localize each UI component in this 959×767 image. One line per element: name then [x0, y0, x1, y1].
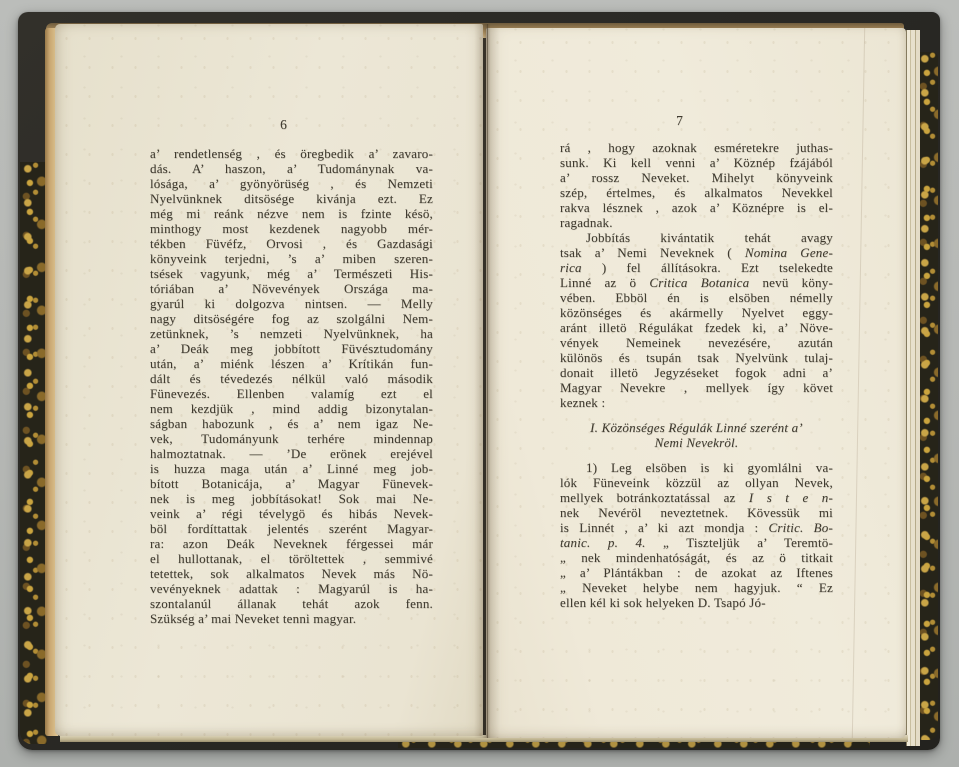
left-page-number: 6: [143, 117, 425, 133]
marbled-cover-right-edge: [917, 52, 938, 740]
text-line: Nemi Nevekröl.: [560, 435, 833, 450]
text-line: [560, 450, 833, 460]
text-line: szép, értelmes, és alkalmatos Nevekkel: [560, 185, 833, 200]
scan-background: 6 a’ rendetlenség , és öregbedik a’ zava…: [0, 0, 959, 767]
text-line: ragadnak.: [560, 215, 833, 230]
text-line: ságban habozunk , és a’ nem igaz Ne-: [150, 416, 433, 431]
text-line: dás. A’ haszon, a’ Tudománynak va-: [150, 161, 433, 176]
text-line: aránt illetö Régulákat fzedek ki, a’ Növ…: [560, 320, 833, 335]
text-line: halmoztatnak. — ’De erönek erejével: [150, 446, 433, 461]
text-line: lósága, a’ gyönyörüség , és Nemzeti: [150, 176, 433, 191]
text-line: ellen kél ki sok helyeken D. Tsapó Jó-: [560, 595, 833, 610]
text-line: után, a’ miénk lészen a’ Krítikán fun-: [150, 356, 433, 371]
text-line: Fünevezés. Ellenben valamíg ezt el: [150, 386, 433, 401]
right-page: 7 rá , hogy azoknak esméretekre juthas-s…: [486, 28, 906, 738]
text-line: is Linnét , a’ ki azt mondja : Critic. B…: [560, 520, 833, 535]
text-line: rica ) fel állításokra. Ezt tselekedte: [560, 260, 833, 275]
text-line: Nyelvünknek ditsösége kivánja ezt. Ez: [150, 191, 433, 206]
text-line: böl fordíttattak jelentés szerént Magyar…: [150, 521, 433, 536]
text-line: Jobbítás kivántatik tehát avagy: [560, 230, 833, 245]
right-page-number: 7: [544, 113, 816, 129]
text-line: rá , hogy azoknak esméretekre juthas-: [560, 140, 833, 155]
text-line: 1) Leg elsöben is ki gyomlálni va-: [560, 460, 833, 475]
text-line: nek Nevéröl neveztetnek. Kövessük mi: [560, 505, 833, 520]
text-line: a’ rendetlenség , és öregbedik a’ zavaro…: [150, 146, 433, 161]
text-line: „ a’ Plántákban : de azokat az Iftenes: [560, 565, 833, 580]
text-line: [560, 410, 833, 420]
page-block-right-edge: [906, 30, 920, 746]
text-line: minthogy most kezdenek nagyobb mér-: [150, 221, 433, 236]
text-line: bított Botanicája, a’ Magyar Fünevek-: [150, 476, 433, 491]
text-line: el hullottanak, el töröltettek , semmivé: [150, 551, 433, 566]
text-line: sunk. Ki kell venni a’ Köznép fzájából: [560, 155, 833, 170]
text-line: veink a’ régi tévelygö és hibás Nevek-: [150, 506, 433, 521]
left-page-text: a’ rendetlenség , és öregbedik a’ zavaro…: [150, 146, 433, 626]
text-line: tóriában a’ Növevények Országa ma-: [150, 281, 433, 296]
text-line: keznek :: [560, 395, 833, 410]
text-line: dált és tévedezés nélkül való második: [150, 371, 433, 386]
text-line: tanic. p. 4. „ Tiszteljük a’ Teremtö-: [560, 535, 833, 550]
text-line: a’ Deák meg jobbított Füvésztudomány: [150, 341, 433, 356]
text-line: Szükség a’ mai Neveket tenni magyar.: [150, 611, 433, 626]
gutter-shadow: [474, 24, 500, 738]
text-line: vében. Ebböl én is elsöben némelly: [560, 290, 833, 305]
text-line: vek, Tudományunk terhére mindennap: [150, 431, 433, 446]
marbled-cover-left-edge: [20, 162, 47, 744]
text-line: nem kezdjük , mind addig bizonytalan-: [150, 401, 433, 416]
text-line: is huzza maga után a’ Linné meg job-: [150, 461, 433, 476]
text-line: ra: azon Deák Neveknek férgessei már: [150, 536, 433, 551]
left-page: 6 a’ rendetlenség , és öregbedik a’ zava…: [55, 24, 483, 736]
text-line: tetettek, sok alkalmatos Nevek más Nö-: [150, 566, 433, 581]
right-page-text: rá , hogy azoknak esméretekre juthas-sun…: [560, 140, 833, 610]
text-line: nagy ditsöségére fog az szolgálni Nem-: [150, 311, 433, 326]
text-line: nek is meg jobbításokat! Sok mai Ne-: [150, 491, 433, 506]
text-line: Magyar Nevekre , mellyek így követ: [560, 380, 833, 395]
text-line: tsak a’ Nemi Neveknek ( Nomina Gene-: [560, 245, 833, 260]
text-line: „ Neveket helybe nem hagyjuk. “ Ez: [560, 580, 833, 595]
text-line: zetünknek, ’s nemzeti Nyelvünknek, ha: [150, 326, 433, 341]
book-cover: 6 a’ rendetlenség , és öregbedik a’ zava…: [18, 12, 940, 750]
text-line: tsések vagyunk, még a’ Természeti His-: [150, 266, 433, 281]
page-crease-line: [852, 28, 865, 738]
text-line: mellyek botránkoztatással az I s t e n-: [560, 490, 833, 505]
text-line: vevényeknek adattak : Magyarúl is ha-: [150, 581, 433, 596]
text-line: rakva lésznek , azok a’ Köznépre is el-: [560, 200, 833, 215]
text-line: vények Nemeinek nevezésére, azután: [560, 335, 833, 350]
text-line: „ nek mindenhatóságát, és az ö titkait: [560, 550, 833, 565]
text-line: közönséges és akármelly Nyelvet eggy-: [560, 305, 833, 320]
text-line: tékben Füvéfz, Orvosi , és Gazdasági: [150, 236, 433, 251]
text-line: gyarúl ki dolgozva nintsen. — Melly: [150, 296, 433, 311]
text-line: I. Közönséges Régulák Linné szerént a’: [560, 420, 833, 435]
text-line: könyveink terjedni, ’s a’ miben szeren-: [150, 251, 433, 266]
text-line: donait illetö Jegyzéseket fogok adni a’: [560, 365, 833, 380]
text-line: szontalanúl állanak tehát azok fenn.: [150, 596, 433, 611]
text-line: különös és tsupán tsak Nyelvünk tulaj-: [560, 350, 833, 365]
text-line: még mi reánk nézve nem is fzinte késö,: [150, 206, 433, 221]
text-line: a’ rossz Neveket. Mihelyt könyveink: [560, 170, 833, 185]
text-line: Linné az ö Critica Botanica nevü köny-: [560, 275, 833, 290]
text-line: lók Füneveink közzül az ollyan Nevek,: [560, 475, 833, 490]
